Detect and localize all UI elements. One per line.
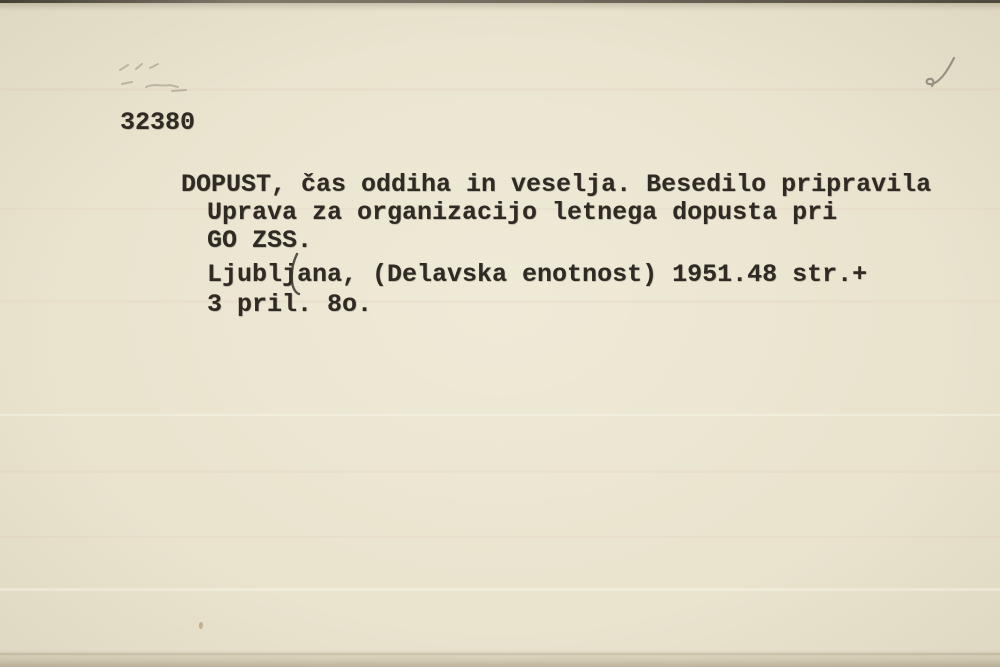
paper-streak <box>0 300 1000 303</box>
paper-streak <box>0 536 1000 538</box>
paper-blemish <box>199 622 203 629</box>
imprint-line: Ljubljana, (Delavska enotnost) 1951.48 s… <box>207 262 867 287</box>
pencil-scribble-icon <box>112 60 202 100</box>
paper-streak <box>0 588 1000 591</box>
scan-top-edge-shadow <box>0 3 1000 11</box>
entry-line: GO ZSS. <box>207 228 312 253</box>
catalog-card-scan: 32380 DOPUST, čas oddiha in veselja. Bes… <box>0 0 1000 667</box>
entry-line: Uprava za organizacijo letnega dopusta p… <box>207 200 837 225</box>
paper-streak <box>0 414 1000 416</box>
catalog-number: 32380 <box>120 110 195 135</box>
typed-overstrike-mark <box>283 252 305 296</box>
pencil-checkmark-icon <box>912 52 962 96</box>
scan-bottom-edge <box>0 649 1000 667</box>
entry-line: DOPUST, čas oddiha in veselja. Besedilo … <box>181 172 931 197</box>
paper-streak <box>0 470 1000 473</box>
